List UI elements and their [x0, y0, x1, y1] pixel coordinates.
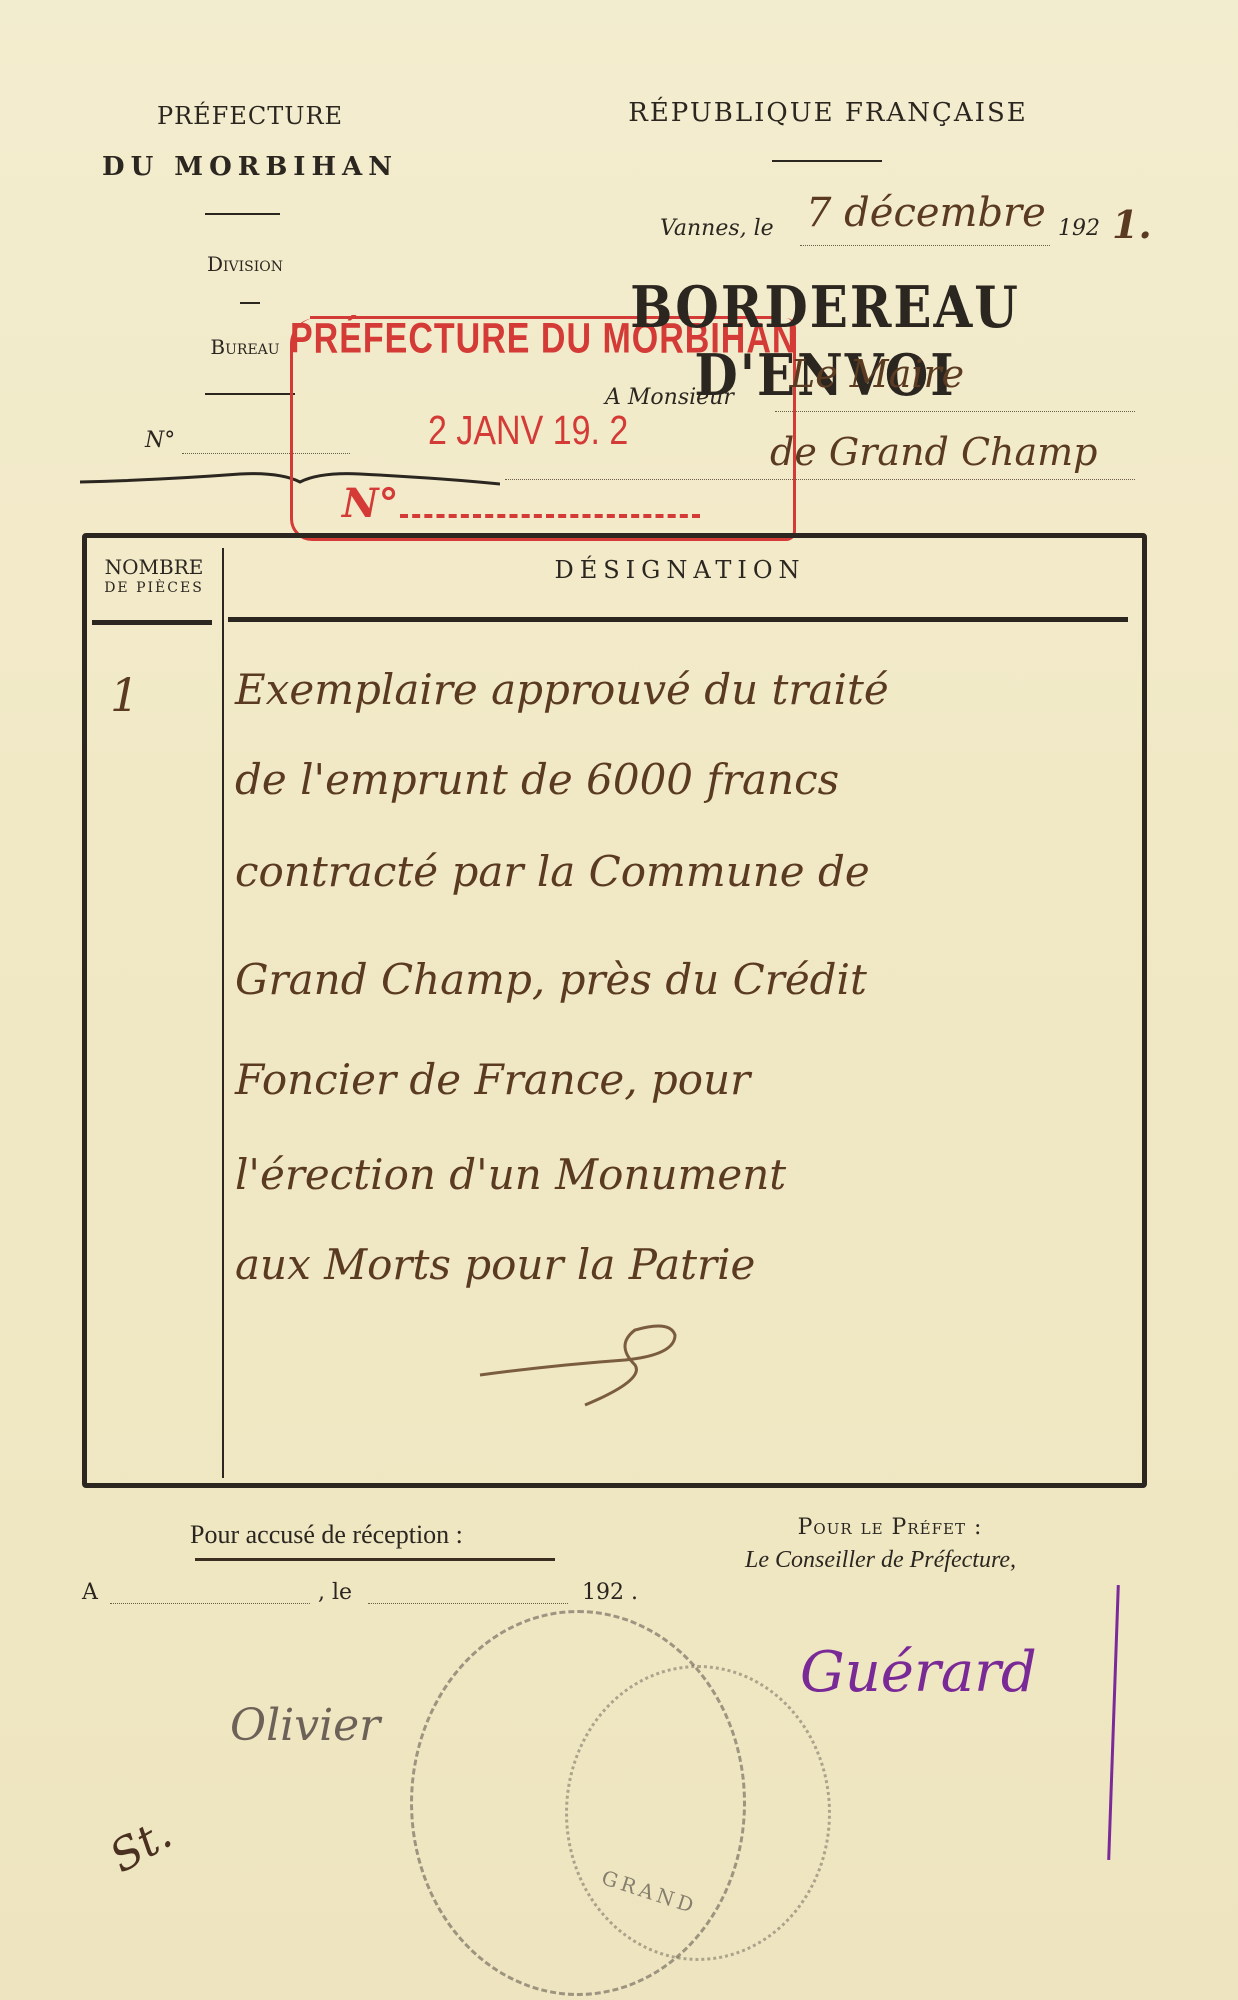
header-rule [228, 617, 1128, 622]
bureau-label: Bureau [195, 335, 295, 359]
receipt-place-field [110, 1602, 310, 1604]
designation-line: Foncier de France, pour [235, 1055, 750, 1104]
divider [205, 213, 280, 215]
receipt-year: 192 . [582, 1580, 638, 1605]
prefet-signature: Guérard [800, 1640, 1037, 1705]
stamp-number-label: N° [342, 480, 399, 527]
place-prefix: Vannes, le [660, 216, 774, 241]
designation-line: Exemplaire approuvé du traité [235, 665, 889, 714]
receipt-place-prefix: A [82, 1580, 98, 1605]
divider [240, 302, 260, 304]
designation-line: aux Morts pour la Patrie [235, 1240, 755, 1289]
receipt-date-prefix: , le [318, 1580, 352, 1605]
divider [205, 393, 295, 395]
column-header-designation: DÉSIGNATION [230, 556, 1130, 584]
receipt-underline [195, 1558, 555, 1561]
year-handwritten: 1. [1112, 202, 1152, 247]
recipient-field-line [505, 478, 1135, 480]
closing-flourish [475, 1320, 775, 1410]
department-name: DU MORBIHAN [75, 152, 425, 182]
year-printed: 192 [1058, 216, 1100, 241]
stamp-number-line [400, 514, 700, 518]
designation-line: de l'emprunt de 6000 francs [235, 755, 839, 804]
recipient-line-2: de Grand Champ [770, 430, 1098, 474]
divider [772, 160, 882, 162]
republic-heading: RÉPUBLIQUE FRANÇAISE [598, 98, 1058, 128]
handwritten-date: 7 décembre [806, 190, 1046, 236]
recipient-field-line [775, 410, 1135, 412]
prefecture-label: PRÉFECTURE [130, 102, 370, 130]
receiver-signature: Olivier [230, 1700, 380, 1751]
recipient-prefix: A Monsieur [605, 385, 734, 410]
designation-line: Grand Champ, près du Crédit [235, 955, 867, 1004]
prefet-title: Le Conseiller de Préfecture, [745, 1547, 1016, 1574]
designation-line: l'érection d'un Monument [235, 1150, 786, 1199]
table-cell-count: 1 [110, 668, 139, 722]
designation-line: contracté par la Commune de [235, 847, 870, 896]
prefet-heading: Pour le Préfet : [690, 1515, 1090, 1540]
column-divider [222, 548, 224, 1478]
number-label: N° [145, 428, 175, 453]
receipt-heading: Pour accusé de réception : [190, 1520, 463, 1550]
date-field-line [800, 244, 1050, 246]
column-header-count-sub: DE PIÈCES [88, 580, 220, 596]
column-header-count: NOMBRE [88, 556, 220, 578]
division-label: Division [190, 252, 300, 276]
receipt-date-field [368, 1602, 568, 1604]
stamp-date: 2 JANV 19. 2 [428, 408, 628, 455]
header-rule [92, 620, 212, 625]
recipient-line-1: Le Maire [790, 352, 964, 396]
mairie-seal-inner [565, 1665, 831, 1961]
